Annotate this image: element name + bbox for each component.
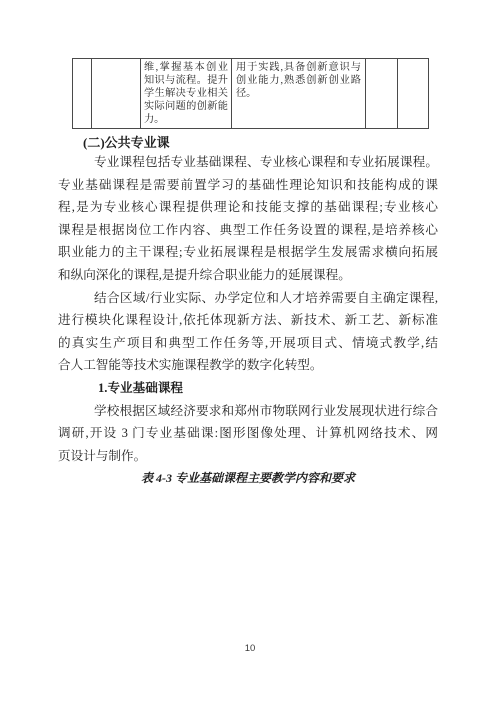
page-number: 10 [0,643,500,654]
cell-text-line: 力。 [144,113,228,126]
table-cell-empty [92,59,141,129]
text-line: 结合区域/行业实际、办学定位和人才培养需要自主确定课程, [58,287,438,310]
cell-text-line: 学生解决专业相关 [144,87,228,100]
paragraph-course-overview: 专业课程包括专业基础课程、专业核心课程和专业拓展课程。 专业基础课程是需要前置学… [58,151,438,287]
cell-text-line: 径。 [236,87,361,100]
text-line: 合人工智能等技术实施课程教学的数字化转型。 [58,354,438,377]
text-line: 专业基础课程是需要前置学习的基础性理论知识和技能构成的课 [58,174,438,197]
document-body: 维,掌握基本创业 知识与流程。提升 学生解决专业相关 实际问题的创新能 力。 用… [58,0,438,490]
section-heading-public-professional-course: (二)公共专业课 [83,134,438,151]
text-line: 页设计与制作。 [58,445,438,468]
cell-text-line: 实际问题的创新能 [144,100,228,113]
table-caption: 表 4-3 专业基础课程主要教学内容和要求 [58,467,438,490]
table-cell-empty [366,59,398,129]
text-line: 的真实生产项目和典型工作任务等,开展项目式、情境式教学,结 [58,332,438,355]
table-cell-empty [73,59,92,129]
text-line: 和纵向深化的课程,是提升综合职业能力的延展课程。 [58,264,438,287]
table-cell-empty [398,59,429,129]
cell-text-line: 创业能力,熟悉创新创业路 [236,74,361,87]
text-line: 程,是为专业核心课程提供理论和技能支撑的基础课程;专业核心 [58,196,438,219]
cell-text-line: 维,掌握基本创业 [144,61,228,74]
text-line: 进行模块化课程设计,依托体现新方法、新技术、新工艺、新标准 [58,309,438,332]
table-row: 维,掌握基本创业 知识与流程。提升 学生解决专业相关 实际问题的创新能 力。 用… [73,59,429,129]
text-line: 调研,开设 3 门专业基础课:图形图像处理、计算机网络技术、网 [58,422,438,445]
table-cell-teaching-requirement: 用于实践,具备创新意识与 创业能力,熟悉创新创业路 径。 [232,59,366,129]
document-page: 维,掌握基本创业 知识与流程。提升 学生解决专业相关 实际问题的创新能 力。 用… [0,0,500,707]
text-line: 专业课程包括专业基础课程、专业核心课程和专业拓展课程。 [58,151,438,174]
paragraph-modular-design: 结合区域/行业实际、办学定位和人才培养需要自主确定课程, 进行模块化课程设计,依… [58,287,438,377]
text-line: 课程是根据岗位工作内容、典型工作任务设置的课程,是培养核心 [58,219,438,242]
paragraph-basic-course-detail: 学校根据区域经济要求和郑州市物联网行业发展现状进行综合 调研,开设 3 门专业基… [58,400,438,468]
text-line: 学校根据区域经济要求和郑州市物联网行业发展现状进行综合 [58,400,438,423]
subsection-heading-basic-course: 1.专业基础课程 [98,377,438,400]
cell-text-line: 用于实践,具备创新意识与 [236,61,361,74]
course-table-fragment: 维,掌握基本创业 知识与流程。提升 学生解决专业相关 实际问题的创新能 力。 用… [72,58,429,129]
text-line: 职业能力的主干课程;专业拓展课程是根据学生发展需求横向拓展 [58,241,438,264]
cell-text-line: 知识与流程。提升 [144,74,228,87]
table-cell-teaching-content: 维,掌握基本创业 知识与流程。提升 学生解决专业相关 实际问题的创新能 力。 [141,59,232,129]
